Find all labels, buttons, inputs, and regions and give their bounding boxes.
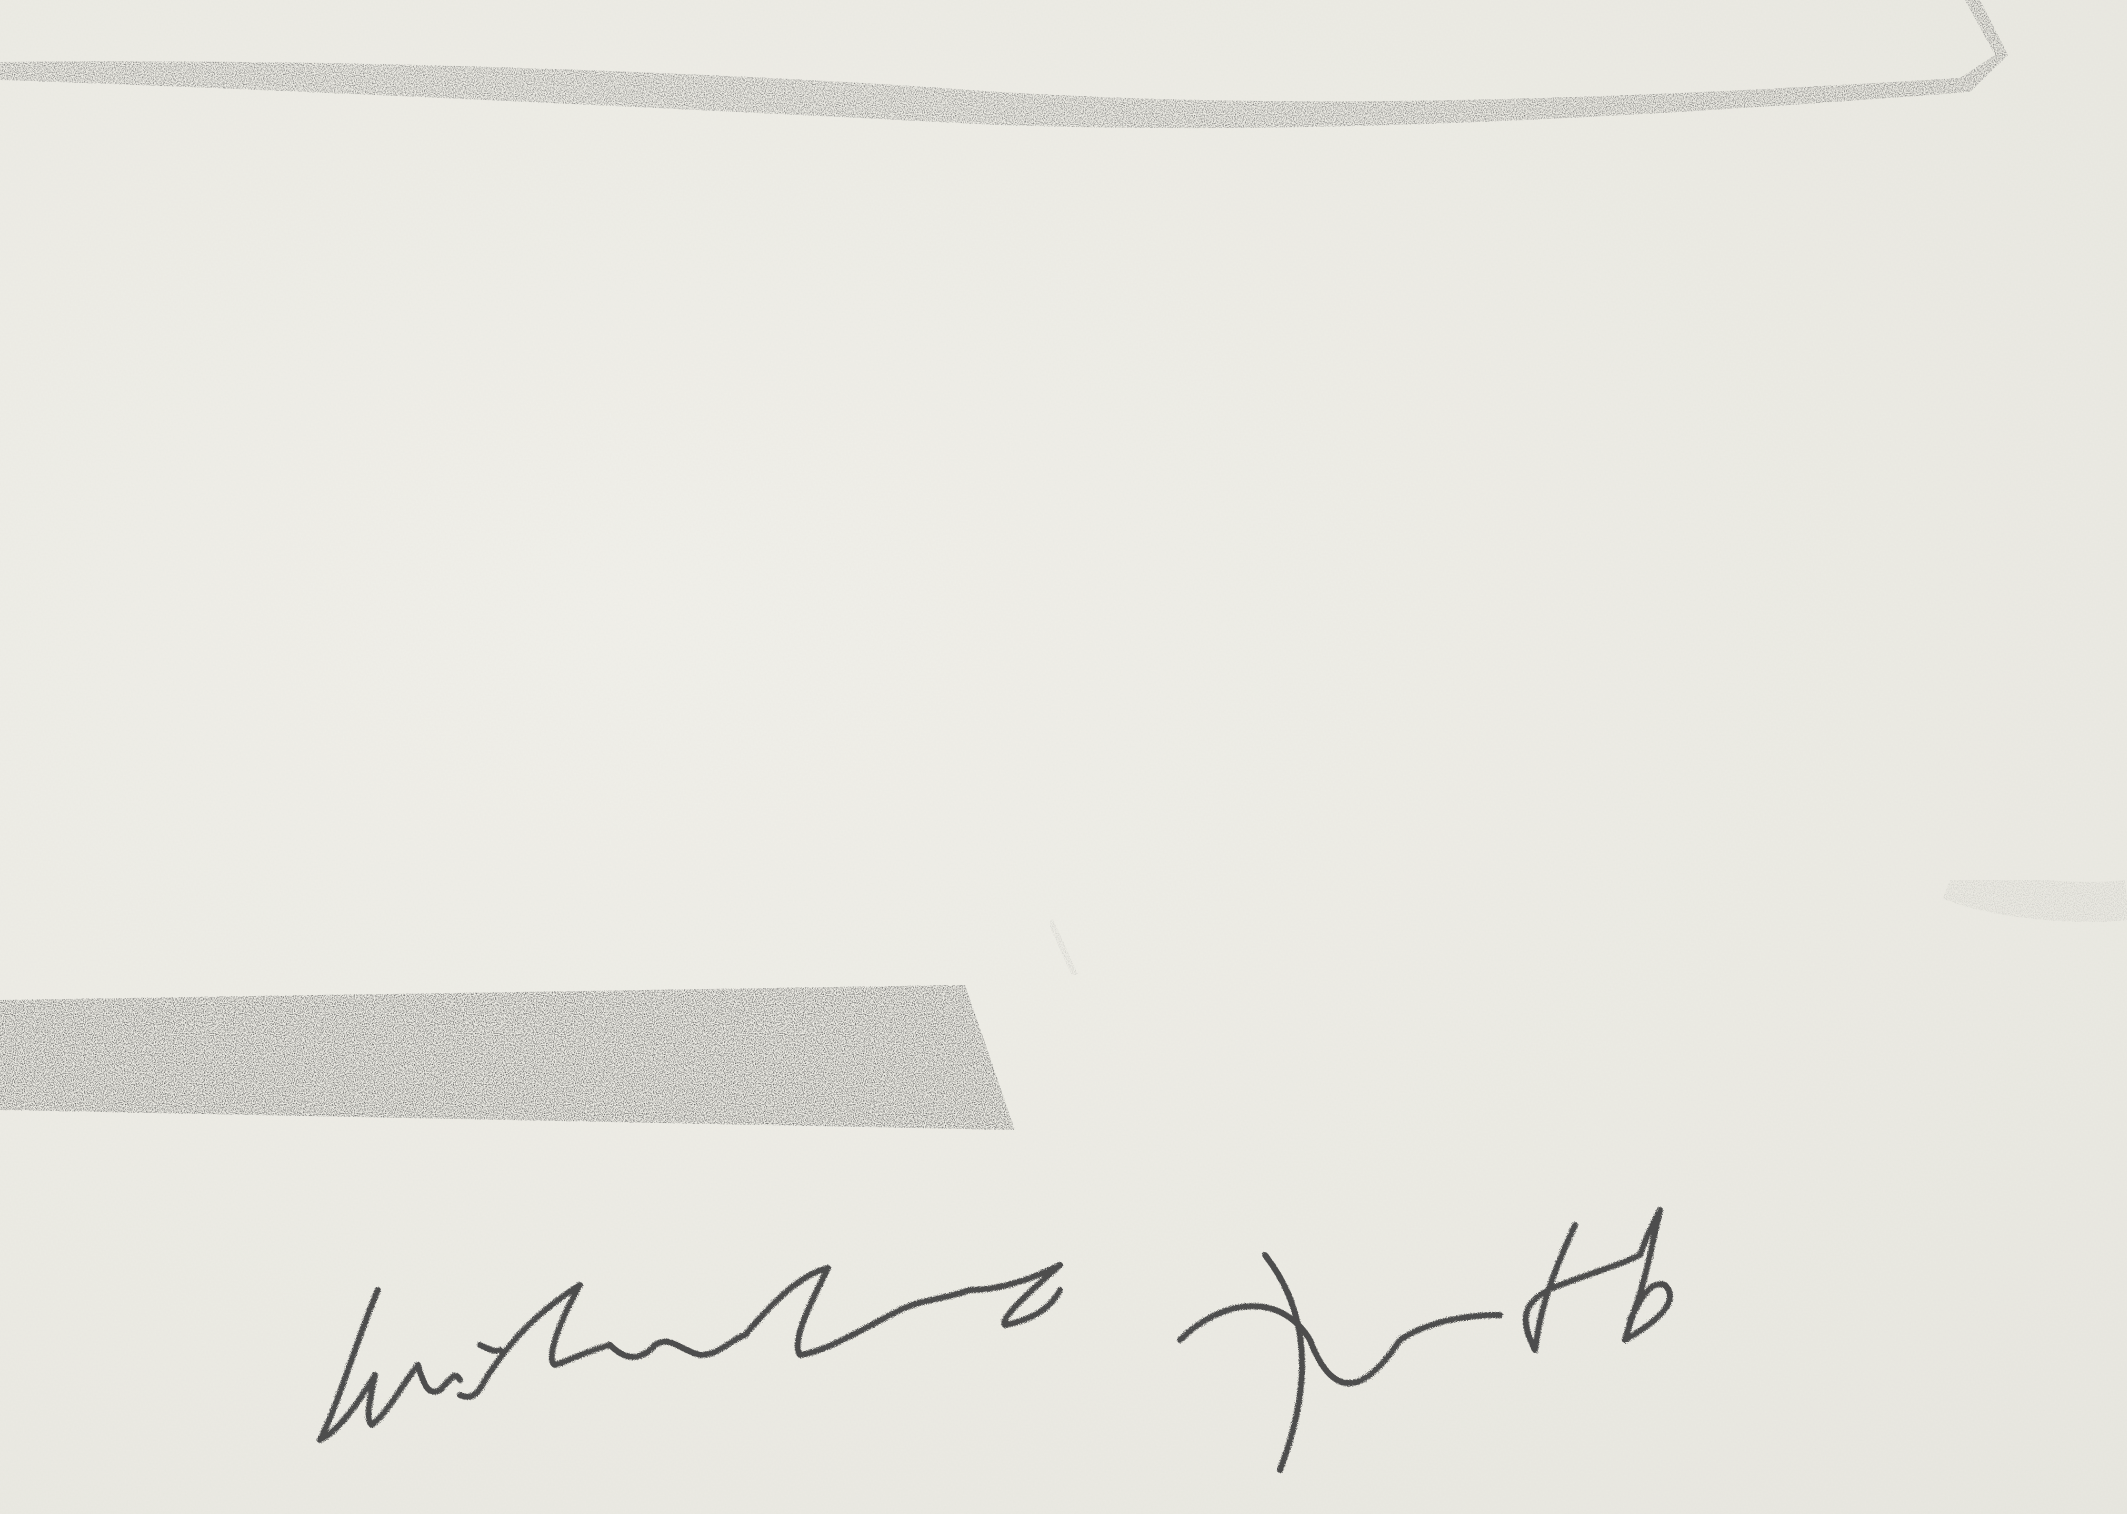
lower-left-graphite-band	[0, 985, 1015, 1130]
drawing-canvas	[0, 0, 2127, 1514]
paper-texture	[0, 0, 2127, 1514]
paper-sheet: Weidlandorf 86	[0, 0, 2127, 1514]
